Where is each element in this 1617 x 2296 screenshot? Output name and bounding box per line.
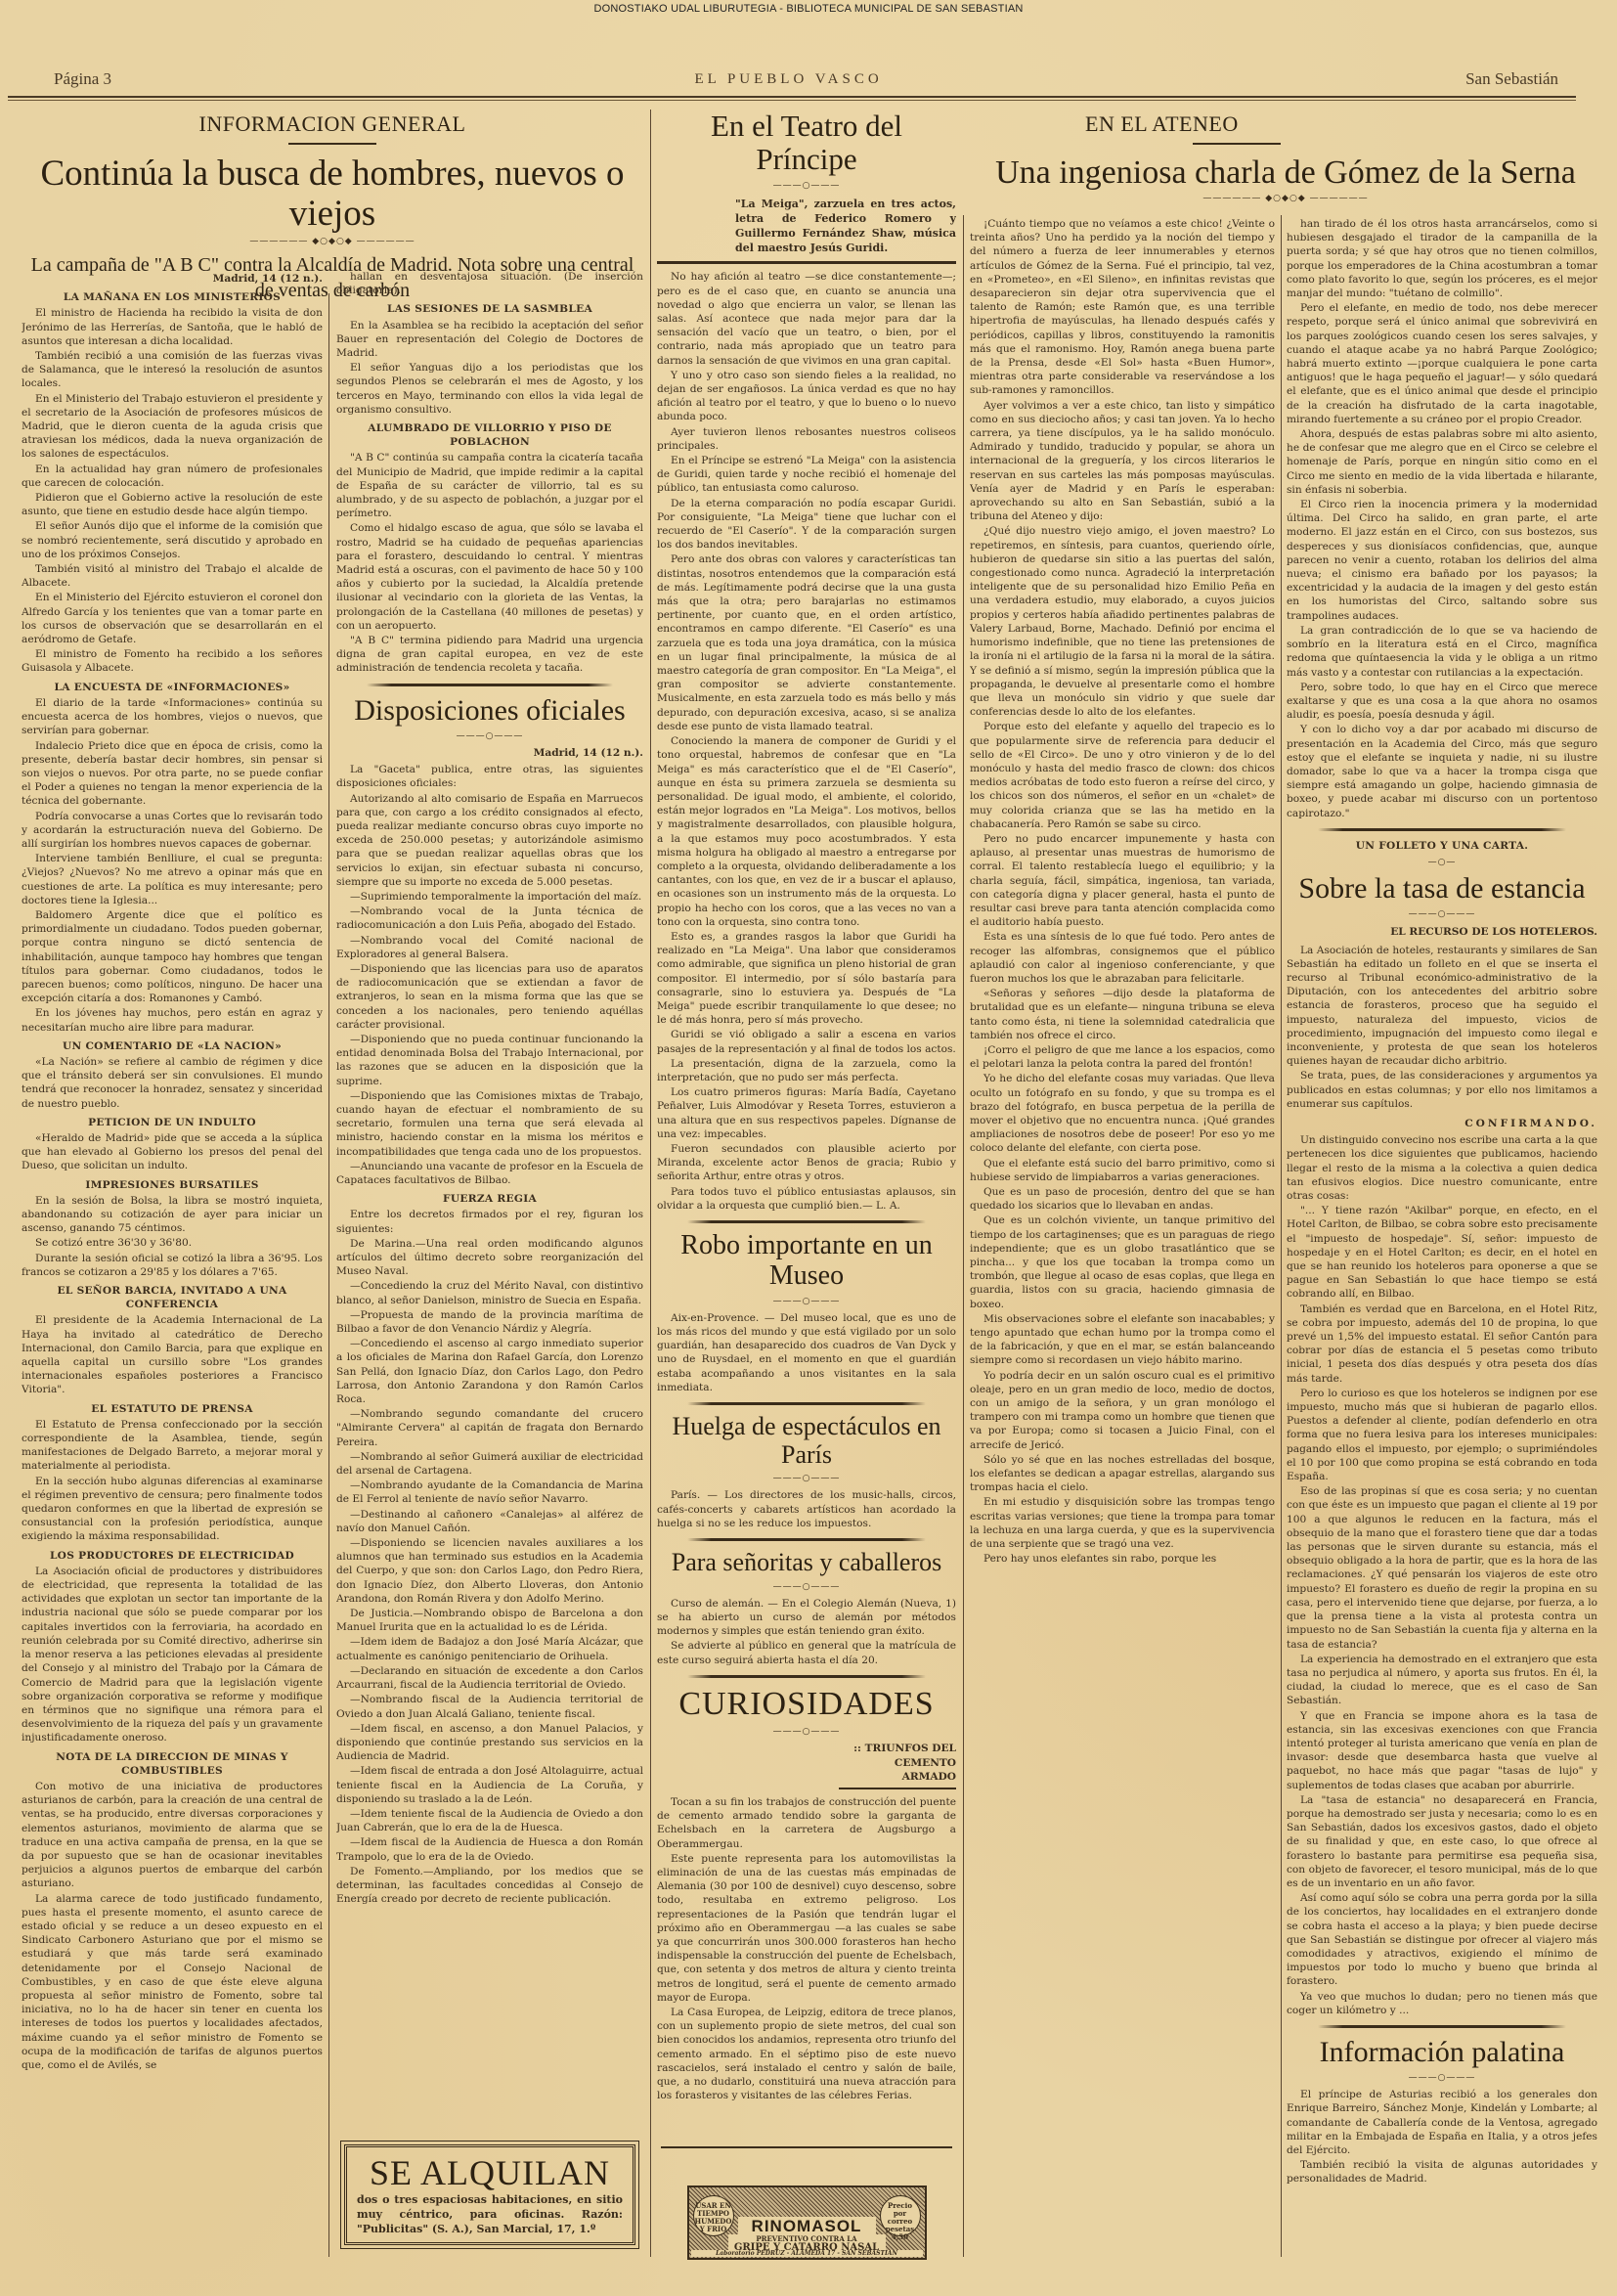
paragraph: En el Ministerio del Ejército estuvieron… (22, 591, 323, 646)
paragraph: El ministro de Fomento ha recibido a los… (22, 647, 323, 675)
paragraph: Un distinguido convecino nos escribe una… (1287, 1133, 1597, 1203)
ornament-divider: —————— ◆○◆○◆ —————— (20, 237, 645, 246)
col2-body: hallan en desventajosa situación. (De in… (336, 270, 643, 676)
paragraph: Se advierte al público en general que la… (657, 1639, 956, 1666)
paragraph: —Disponiendo que las licencias para uso … (336, 962, 643, 1032)
senoritas-headline: Para señoritas y caballeros (657, 1549, 956, 1577)
column-5: han tirado de él los otros hasta arrancá… (1287, 217, 1597, 2276)
disposiciones-body: La "Gaceta" publica, entre otras, las si… (336, 763, 643, 1187)
dateline: Madrid, 14 (12 n.). (336, 746, 643, 760)
paragraph: En el Príncipe se estrenó "La Meiga" con… (657, 454, 956, 496)
paragraph: Pero el elefante, en medio de todo, nos … (1287, 301, 1597, 426)
paragraph: También recibió la visita de algunas aut… (1287, 2158, 1597, 2186)
paragraph: En la sesión de Bolsa, la libra se mostr… (22, 1194, 323, 1236)
paragraph: —Disponiendo se licencien navales auxili… (336, 1536, 643, 1606)
column-divider (1281, 215, 1282, 2257)
newspaper-name: EL PUEBLO VASCO (694, 71, 882, 88)
subhead: NOTA DE LA DIRECCION DE MINAS Y COMBUSTI… (22, 1750, 323, 1778)
divider (1318, 2025, 1566, 2028)
subhead: PETICION DE UN INDULTO (22, 1116, 323, 1129)
paragraph: —Concediendo la cruz del Mérito Naval, c… (336, 1279, 643, 1306)
column-3: En el Teatro del Príncipe ———○——— "La Me… (657, 106, 956, 2276)
paragraph: hallan en desventajosa situación. (De in… (336, 270, 643, 297)
tasa-body-2: Un distinguido convecino nos escribe una… (1287, 1133, 1597, 2017)
paragraph: La "tasa de estancia" no desaparecerá en… (1287, 1793, 1597, 1890)
divider (687, 1402, 927, 1405)
paragraph: Que es un paso de procesión, dentro del … (970, 1185, 1275, 1213)
paragraph: —Idem fiscal de entrada a don José Altol… (336, 1764, 643, 1806)
divider (657, 261, 956, 264)
ornament-divider: ———○——— (657, 1472, 956, 1485)
ornament-divider: —○— (1287, 856, 1597, 869)
archive-credit: DONOSTIAKO UDAL LIBURUTEGIA - BIBLIOTECA… (0, 3, 1617, 15)
tasa-headline: Sobre la tasa de estancia (1287, 872, 1597, 905)
paragraph: El Circo rien la inocencia primera y la … (1287, 498, 1597, 623)
paragraph: —Destinando al cañonero «Canalejas» al a… (336, 1508, 643, 1535)
paragraph: Y que en Francia se impone ahora es la t… (1287, 1709, 1597, 1792)
paragraph: Los cuatro primeros figuras: María Badía… (657, 1085, 956, 1141)
paragraph: Yo he dicho del elefante cosas muy varia… (970, 1072, 1275, 1155)
paragraph: —Idem fiscal de la Audiencia de Huesca a… (336, 1835, 643, 1863)
divider (687, 1675, 927, 1678)
ad-brand: RINOMASOL (738, 2217, 876, 2236)
paragraph: —Concediendo el ascenso al cargo inmedia… (336, 1337, 643, 1406)
paragraph: De Marina.—Una real orden modificando al… (336, 1237, 643, 1279)
ornament-divider: ———○——— (336, 729, 643, 743)
divider (661, 2146, 952, 2148)
paragraph: Pidieron que el Gobierno active la resol… (22, 491, 323, 518)
subhead: FUERZA REGIA (336, 1192, 643, 1206)
senoritas-body: Curso de alemán. — En el Colegio Alemán … (657, 1597, 956, 1667)
paragraph: La "Gaceta" publica, entre otras, las si… (336, 763, 643, 790)
paragraph: —Nombrando segundo comandante del crucer… (336, 1407, 643, 1449)
subhead: EL SEÑOR BARCIA, INVITADO A UNA CONFEREN… (22, 1284, 323, 1311)
paragraph: Tocan a su fin los trabajos de construcc… (657, 1795, 956, 1851)
palatina-headline: Información palatina (1287, 2036, 1597, 2068)
divider (687, 1538, 927, 1541)
paragraph: La alarma carece de todo justificado fun… (22, 1892, 323, 2073)
paragraph: Autorizando al alto comisario de España … (336, 792, 643, 889)
paragraph: Ya veo que muchos lo dudan; pero no tien… (1287, 1990, 1597, 2017)
ateneo-headline: Una ingeniosa charla de Gómez de la Sern… (968, 155, 1603, 191)
paragraph: Pero lo curioso es que los hoteleros se … (1287, 1387, 1597, 1483)
divider (367, 684, 612, 686)
palatina-body: El príncipe de Asturias recibió a los ge… (1287, 2088, 1597, 2186)
paragraph: Indalecio Prieto dice que en época de cr… (22, 739, 323, 809)
paragraph: El señor Yanguas dijo a los periodistas … (336, 361, 643, 417)
paragraph: —Nombrando vocal de la Junta técnica de … (336, 905, 643, 932)
ornament-divider: ———○——— (657, 1580, 956, 1594)
paragraph: "A B C" continúa su campaña contra la ci… (336, 451, 643, 520)
curiosidades-sub: :: TRIUNFOS DEL CEMENTO ARMADO (839, 1742, 956, 1789)
paragraph: El señor Aunós dijo que el informe de la… (22, 519, 323, 561)
subhead: LAS SESIONES DE LA SASMBLEA (336, 302, 643, 316)
paragraph: Yo podría decir en un salón oscuro cual … (970, 1369, 1275, 1452)
subhead: UN COMENTARIO DE «LA NACION» (22, 1039, 323, 1053)
ornament-divider: ———○——— (1287, 2071, 1597, 2085)
column-divider (963, 215, 964, 2257)
paragraph: Pero, sobre todo, lo que hay en el Circo… (1287, 681, 1597, 723)
paragraph: «Señoras y señores —dijo desde la plataf… (970, 987, 1275, 1042)
paragraph: En el Ministerio del Trabajo estuvieron … (22, 392, 323, 462)
paragraph: Con motivo de una iniciativa de producto… (22, 1780, 323, 1891)
paragraph: Este puente representa para los automovi… (657, 1852, 956, 2005)
paragraph: «La Nación» se refiere al cambio de régi… (22, 1055, 323, 1111)
paragraph: El príncipe de Asturias recibió a los ge… (1287, 2088, 1597, 2157)
paragraph: —Nombrando fiscal de la Audiencia territ… (336, 1693, 643, 1720)
paragraph: Guridi se vió obligado a salir a escena … (657, 1028, 956, 1055)
paragraph: "... Y tiene razón "Akilbar" porque, en … (1287, 1204, 1597, 1301)
ornament-divider: —————— ◆○◆○◆ —————— (968, 194, 1603, 203)
paragraph: Eso de las propinas sí que es cosa seria… (1287, 1484, 1597, 1651)
headline: Continúa la busca de hombres, nuevos o v… (20, 155, 645, 234)
disposiciones-headline: Disposiciones oficiales (336, 694, 643, 727)
paragraph: Entre los decretos firmados por el rey, … (336, 1208, 643, 1235)
paragraph: La Casa Europea, de Leipzig, editora de … (657, 2006, 956, 2102)
paragraph: Que es un colchón viviente, un tanque pr… (970, 1214, 1275, 1310)
subhead: LA ENCUESTA DE «INFORMACIONES» (22, 681, 323, 694)
masthead-rule (8, 96, 1576, 101)
ateneo-body-b: han tirado de él los otros hasta arrancá… (1287, 217, 1597, 820)
paragraph: En la Asamblea se ha recibido la aceptac… (336, 319, 643, 361)
paragraph: —Nombrando al señor Guimerá auxiliar de … (336, 1450, 643, 1478)
paragraph: Porque esto del elefante y aquello del t… (970, 720, 1275, 831)
paragraph: El ministro de Hacienda ha recibido la v… (22, 306, 323, 348)
ad-rinomasol: USAR EN TIEMPO HUMEDO Y FRIO Precio por … (657, 2146, 956, 2260)
teatro-headline: En el Teatro del Príncipe (657, 110, 956, 176)
paragraph: Ayer volvimos a ver a este chico, tan li… (970, 399, 1275, 524)
section-label: EN EL ATENEO (968, 111, 1603, 137)
paragraph: Baldomero Argente dice que el político e… (22, 908, 323, 1005)
paragraph: —Anunciando una vacante de profesor en l… (336, 1160, 643, 1187)
tasa-kicker: UN FOLLETO Y UNA CARTA. (1287, 839, 1597, 853)
paragraph: La Asociación oficial de productores y d… (22, 1565, 323, 1745)
paragraph: Pero hay unos elefantes sin rabo, porque… (970, 1552, 1275, 1566)
robo-text: Aix-en-Provence. — Del museo local, que … (657, 1311, 956, 1394)
ad-title: SE ALQUILAN (357, 2153, 623, 2192)
paragraph: —Idem idem de Badajoz a don José María A… (336, 1635, 643, 1662)
paragraph: ¿Qué dijo nuestro viejo amigo, el joven … (970, 524, 1275, 719)
paragraph: De Justicia.—Nombrando obispo de Barcelo… (336, 1607, 643, 1634)
paragraph: Esto es, a grandes rasgos la labor que G… (657, 930, 956, 1027)
ornament-divider: ———○——— (657, 1725, 956, 1739)
tasa-sub2: CONFIRMANDO. (1287, 1117, 1597, 1130)
section-label: INFORMACION GENERAL (20, 111, 645, 137)
curiosidades-body: Tocan a su fin los trabajos de construcc… (657, 1795, 956, 2102)
paragraph: —Idem teniente fiscal de la Audiencia de… (336, 1807, 643, 1834)
paragraph: Esta es una síntesis de lo que fué todo.… (970, 930, 1275, 986)
paragraph: La Asociación de hoteles, restaurants y … (1287, 944, 1597, 1069)
paragraph: —Nombrando vocal del Comité nacional de … (336, 934, 643, 961)
divider (1193, 143, 1281, 145)
paragraph: No hay afición al teatro —se dice consta… (657, 270, 956, 367)
paragraph: —Declarando en situación de excedente a … (336, 1664, 643, 1692)
paragraph: —Disponiendo que no pueda continuar func… (336, 1033, 643, 1088)
paragraph: ¡Cuánto tiempo que no veíamos a este chi… (970, 217, 1275, 398)
paragraph: Ahora, después de estas palabras sobre m… (1287, 427, 1597, 497)
divider (687, 1220, 927, 1223)
tasa-sub1: EL RECURSO DE LOS HOTELEROS. (1287, 925, 1597, 939)
paragraph: Se cotizó entre 36'30 y 36'80. (22, 1236, 323, 1250)
marina-body: Entre los decretos firmados por el rey, … (336, 1208, 643, 1906)
divider (288, 143, 376, 145)
paragraph: —Propuesta de mando de la provincia marí… (336, 1308, 643, 1336)
paragraph: —Idem fiscal, en ascenso, a don Manuel P… (336, 1722, 643, 1764)
masthead: Página 3 EL PUEBLO VASCO San Sebastián (54, 65, 1558, 94)
paragraph: Y con lo dicho voy a dar por acabado mi … (1287, 723, 1597, 819)
paragraph: La gran contradicción de lo que se va ha… (1287, 624, 1597, 680)
paragraph: ¡Corro el peligro de que me lance a los … (970, 1043, 1275, 1071)
ateneo-header: EN EL ATENEO Una ingeniosa charla de Góm… (968, 106, 1603, 206)
paragraph: De la eterna comparación no podía escapa… (657, 497, 956, 552)
paragraph: Para todos tuvo el público entusiastas a… (657, 1185, 956, 1213)
ad-body: dos o tres espaciosas habitaciones, en s… (357, 2192, 623, 2236)
ornament-divider: ———○——— (657, 179, 956, 193)
paragraph: La experiencia ha demostrado en el extra… (1287, 1653, 1597, 1708)
column-1: Madrid, 14 (12 n.). LA MAÑANA EN LOS MIN… (22, 270, 323, 2276)
paragraph: Durante la sesión oficial se cotizó la l… (22, 1252, 323, 1279)
paragraph: El Estatuto de Prensa confeccionado por … (22, 1418, 323, 1474)
paragraph: Sólo yo sé que en las noches estrelladas… (970, 1453, 1275, 1495)
ornament-divider: ———○——— (657, 1295, 956, 1308)
paragraph: También es verdad que en Barcelona, en e… (1287, 1303, 1597, 1386)
paragraph: Mis observaciones sobre el elefante son … (970, 1312, 1275, 1368)
paragraph: La presentación, digna de la zarzuela, c… (657, 1057, 956, 1084)
paragraph: Se trata, pues, de las consideraciones y… (1287, 1069, 1597, 1111)
column-divider (650, 110, 651, 2257)
paragraph: En los jóvenes hay muchos, pero están en… (22, 1006, 323, 1034)
dateline: Madrid, 14 (12 n.). (22, 272, 323, 286)
paragraph: Que el elefante está sucio del barro pri… (970, 1157, 1275, 1184)
paragraph: «Heraldo de Madrid» pide que se acceda a… (22, 1131, 323, 1173)
robo-headline: Robo importante en un Museo (657, 1231, 956, 1292)
teatro-body: No hay afición al teatro —se dice consta… (657, 270, 956, 1213)
paragraph: —Nombrando ayudante de la Comandancia de… (336, 1479, 643, 1506)
paragraph: Interviene también Benlliure, el cual se… (22, 852, 323, 907)
column-2: hallan en desventajosa situación. (De in… (336, 270, 643, 2276)
paragraph: Ayer tuvieron llenos rebosantes nuestros… (657, 425, 956, 453)
teatro-byline: "La Meiga", zarzuela en tres actos, letr… (657, 197, 956, 255)
paragraph: han tirado de él los otros hasta arrancá… (1287, 217, 1597, 300)
paragraph: Podría convocarse a unas Cortes que lo r… (22, 810, 323, 852)
column-4: ¡Cuánto tiempo que no veíamos a este chi… (970, 217, 1275, 2276)
paragraph: —Disponiendo que las Comisiones mixtas d… (336, 1089, 643, 1159)
col1-body: LA MAÑANA EN LOS MINISTERIOSEl ministro … (22, 290, 323, 2072)
column-divider (328, 293, 329, 2257)
paragraph: En mi estudio y disquisición sobre las t… (970, 1495, 1275, 1551)
paragraph: Pero ante dos obras con valores y caract… (657, 552, 956, 733)
paragraph: El diario de la tarde «Informaciones» co… (22, 696, 323, 738)
ornament-divider: ———○——— (1287, 907, 1597, 921)
paragraph: "A B C" termina pidiendo para Madrid una… (336, 634, 643, 676)
ad-right-badge: Precio por correo pesetas 4,50 (880, 2195, 921, 2236)
paragraph: De Fomento.—Ampliando, por los medios qu… (336, 1865, 643, 1907)
paragraph: Así como aquí sólo se cobra una perra go… (1287, 1891, 1597, 1988)
subhead: EL ESTATUTO DE PRENSA (22, 1402, 323, 1416)
tasa-body-1: La Asociación de hoteles, restaurants y … (1287, 944, 1597, 1111)
paragraph: Fueron secundados con plausible acierto … (657, 1142, 956, 1184)
paragraph: Como el hidalgo escaso de agua, que sólo… (336, 521, 643, 633)
ad-footer: Laboratorio PEDRUZ - ALAMEDA 17 - SAN SE… (691, 2250, 923, 2257)
subhead: ALUMBRADO DE VILLORRIO Y PISO DE POBLACH… (336, 421, 643, 449)
paragraph: También visitó al ministro del Trabajo e… (22, 562, 323, 590)
paragraph: Curso de alemán. — En el Colegio Alemán … (657, 1597, 956, 1639)
paragraph: El presidente de la Academia Internacion… (22, 1313, 323, 1396)
page-number: Página 3 (54, 69, 111, 89)
paragraph: En la actualidad hay gran número de prof… (22, 463, 323, 490)
curiosidades-headline: CURIOSIDADES (657, 1686, 956, 1722)
subhead: IMPRESIONES BURSATILES (22, 1178, 323, 1192)
paragraph: Pero no pudo encarcer impunemente y hast… (970, 832, 1275, 929)
paragraph: En la sección hubo algunas diferencias a… (22, 1475, 323, 1544)
city: San Sebastián (1465, 69, 1558, 89)
huelga-headline: Huelga de espectáculos en París (657, 1413, 956, 1469)
ad-left-badge: USAR EN TIEMPO HUMEDO Y FRIO (693, 2195, 734, 2236)
subhead: LA MAÑANA EN LOS MINISTERIOS (22, 290, 323, 304)
ad-se-alquilan: SE ALQUILAN dos o tres espaciosas habita… (336, 2135, 643, 2245)
ateneo-body-a: ¡Cuánto tiempo que no veíamos a este chi… (970, 217, 1275, 1567)
rinomasol-ad-box: USAR EN TIEMPO HUMEDO Y FRIO Precio por … (687, 2186, 927, 2260)
paragraph: Conociendo la manera de componer de Guri… (657, 734, 956, 929)
paragraph: También recibió a una comisión de las fu… (22, 349, 323, 391)
huelga-text: París. — Los directores de los music-hal… (657, 1488, 956, 1530)
subhead: LOS PRODUCTORES DE ELECTRICIDAD (22, 1549, 323, 1563)
divider (1318, 828, 1566, 831)
paragraph: —Suprimiendo temporalmente la importació… (336, 890, 643, 904)
paragraph: Y uno y otro caso son siendo fieles a la… (657, 369, 956, 424)
